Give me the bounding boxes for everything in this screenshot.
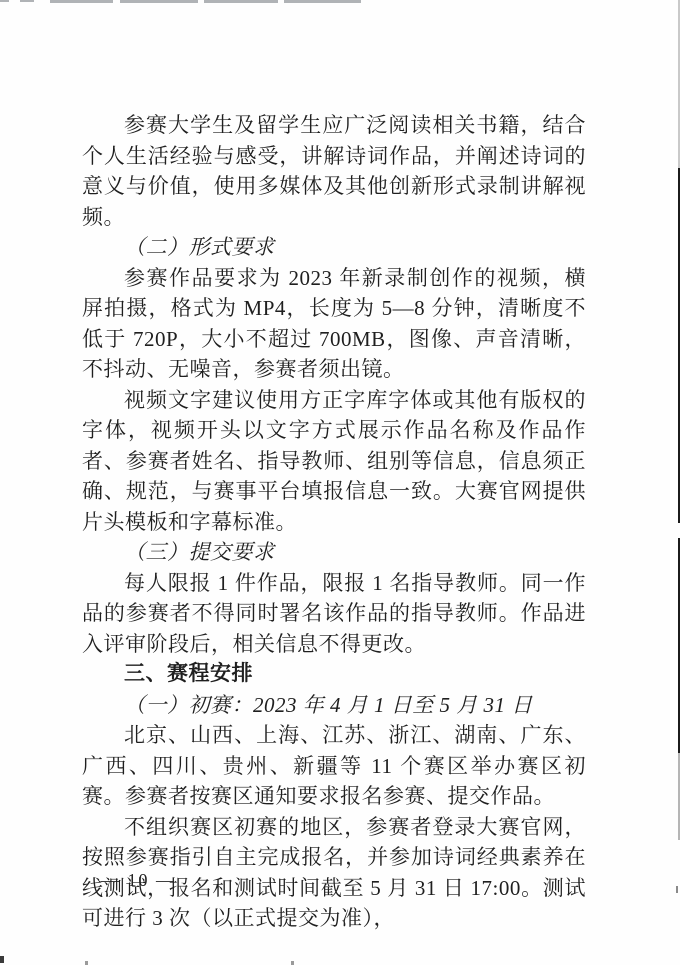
scan-artifact-top-dash bbox=[204, 0, 278, 3]
paragraph-font-and-title-info: 视频文字建议使用方正字库字体或其他有版权的字体，视频开头以文字方式展示作品名称及… bbox=[82, 385, 586, 538]
scanned-document-page: 参赛大学生及留学生应广泛阅读相关书籍，结合个人生活经验与感受，讲解诗词作品，并阐… bbox=[0, 0, 680, 965]
paragraph-video-specs: 参赛作品要求为 2023 年新录制创作的视频，横屏拍摄，格式为 MP4，长度为 … bbox=[82, 263, 586, 385]
subheading-format-requirements: （二）形式要求 bbox=[82, 232, 586, 263]
paragraph-regional-preliminaries: 北京、山西、上海、江苏、浙江、湖南、广东、广西、四川、贵州、新疆等 11 个赛区… bbox=[82, 720, 586, 812]
subheading-submission-requirements: （三）提交要求 bbox=[82, 537, 586, 568]
scan-artifact-top-dash bbox=[0, 0, 9, 2]
scan-artifact-top-dash bbox=[120, 0, 198, 3]
scan-artifact-bottom-speck bbox=[85, 961, 88, 965]
scan-artifact-top-dash bbox=[50, 0, 113, 3]
scan-artifact-top-dash bbox=[20, 0, 34, 2]
scan-artifact-top-dash bbox=[284, 0, 361, 3]
section-heading-schedule: 三、赛程安排 bbox=[82, 659, 586, 690]
scan-artifact-bottom-speck bbox=[291, 961, 294, 965]
document-body: 参赛大学生及留学生应广泛阅读相关书籍，结合个人生活经验与感受，讲解诗词作品，并阐… bbox=[82, 110, 586, 934]
paragraph-intro-requirements: 参赛大学生及留学生应广泛阅读相关书籍，结合个人生活经验与感受，讲解诗词作品，并阐… bbox=[82, 110, 586, 232]
page-number: — 10 — bbox=[101, 870, 176, 891]
scan-artifact-bottom-speck bbox=[0, 956, 4, 963]
subheading-preliminary-round: （一）初赛：2023 年 4 月 1 日至 5 月 31 日 bbox=[82, 690, 586, 721]
paragraph-submission-limits: 每人限报 1 件作品，限报 1 名指导教师。同一作品的参赛者不得同时署名该作品的… bbox=[82, 568, 586, 660]
scan-artifact-right-tick bbox=[676, 886, 678, 893]
